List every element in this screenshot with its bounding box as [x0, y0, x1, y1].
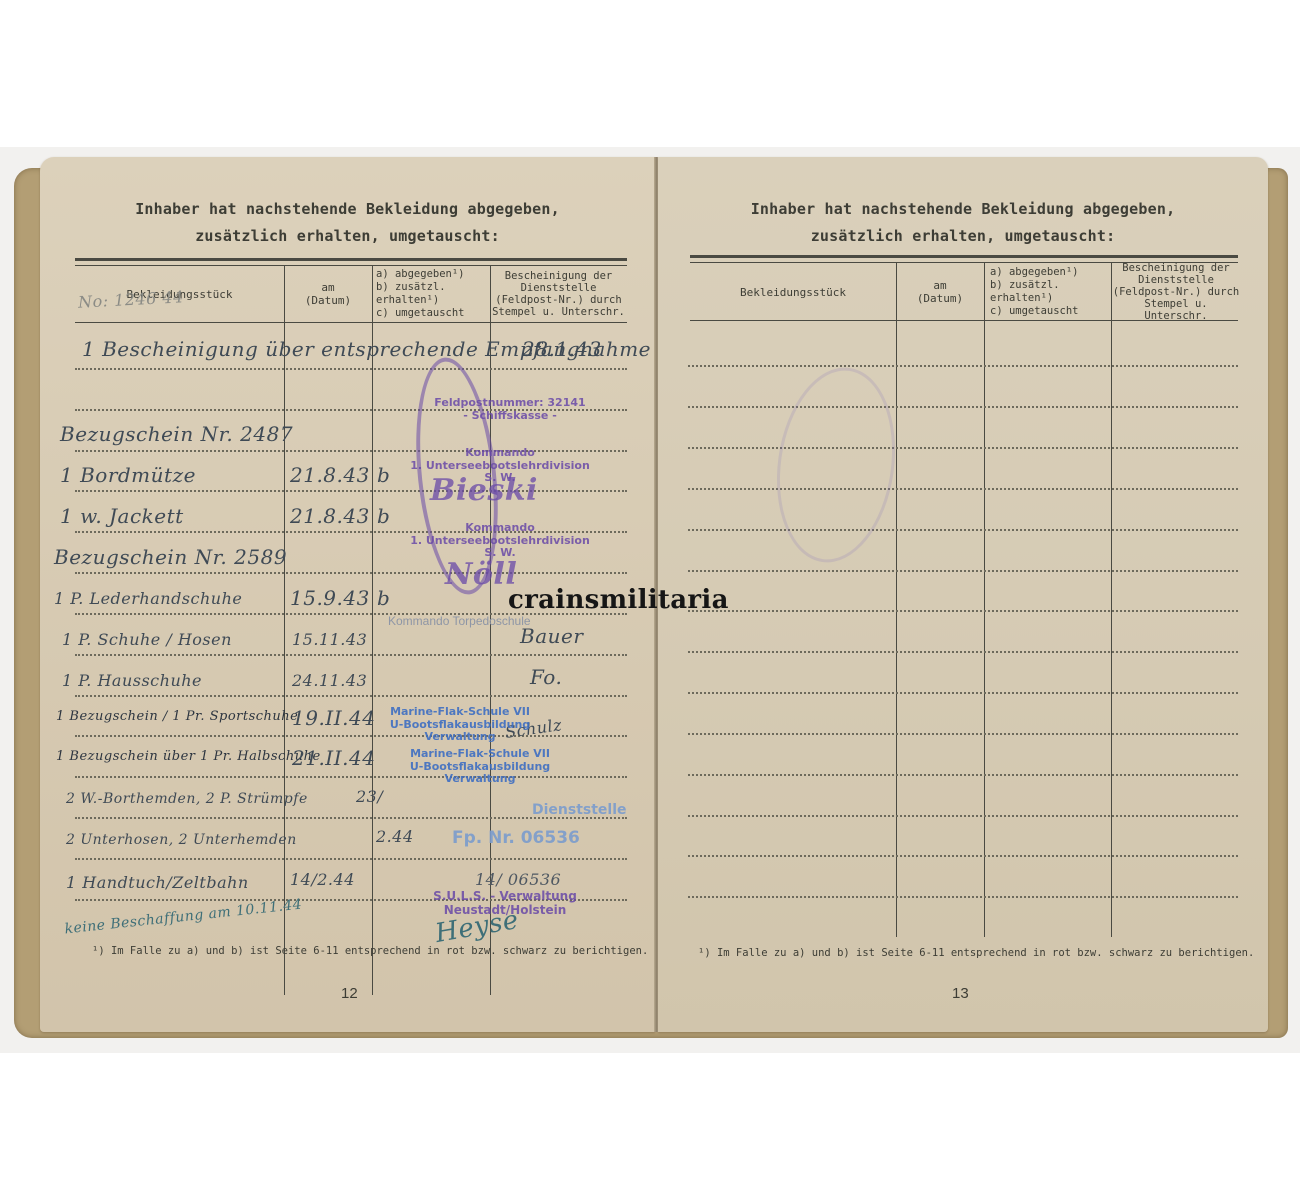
stamp-marine-flak-schule: Marine-Flak-Schule VII U-Bootsflakausbil…: [360, 706, 560, 744]
row-item: 1 P. Schuhe / Hosen: [62, 630, 232, 649]
page-13: Inhaber hat nachstehende Bekleidung abge…: [658, 157, 1268, 1032]
purple-signature: Nöll: [445, 557, 517, 592]
stamp-marine-flak-schule: Marine-Flak-Schule VII U-Bootsflakausbil…: [380, 748, 580, 786]
row-item: 1 w. Jackett: [60, 504, 184, 528]
row-date: 15.9.43: [290, 586, 370, 610]
column-header-action: a) abgegeben¹) b) zusätzl. erhalten¹) c)…: [376, 267, 490, 321]
column-divider: [284, 265, 285, 995]
column-header-date: am (Datum): [896, 265, 984, 319]
row-line: [688, 896, 1238, 898]
row-certification-note: 14/ 06536: [475, 870, 561, 889]
row-item: 2 W.-Borthemden, 2 P. Strümpfe: [66, 791, 308, 807]
row-code: b: [377, 586, 390, 610]
footnote: ¹) Im Falle zu a) und b) ist Seite 6-11 …: [698, 947, 1254, 959]
row-line: [75, 858, 627, 860]
page-number: 13: [952, 985, 969, 1002]
page-title-line1: Inhaber hat nachstehende Bekleidung abge…: [40, 200, 655, 218]
column-header-certification: Bescheinigung der Dienststelle (Feldpost…: [1111, 263, 1241, 321]
row-date: 14/2.44: [290, 870, 355, 889]
row-line: [688, 692, 1238, 694]
row-line: [75, 654, 627, 656]
row-date: 2.44: [376, 827, 414, 846]
row-line: [75, 572, 627, 574]
row-line: [75, 695, 627, 697]
row-signature: Fo.: [530, 665, 562, 689]
row-date: 23/: [356, 787, 383, 806]
row-line: [688, 365, 1238, 367]
row-line: [688, 610, 1238, 612]
row-date: 28.1.43: [522, 337, 602, 361]
row-line: [688, 529, 1238, 531]
row-line: [75, 368, 627, 370]
page-number: 12: [341, 985, 358, 1002]
row-line: [688, 447, 1238, 449]
page-title-line2: zusätzlich erhalten, umgetauscht:: [40, 227, 655, 245]
row-line: [688, 733, 1238, 735]
stamp-kommando-torpedoschule: Kommando Torpedoschule: [388, 615, 531, 629]
stamp-feldpost-number: Fp. Nr. 06536: [452, 829, 580, 849]
row-item: Bezugschein Nr. 2487: [60, 422, 293, 446]
row-line: [688, 855, 1238, 857]
page-title-line1: Inhaber hat nachstehende Bekleidung abge…: [658, 200, 1268, 218]
row-item-note: keine Beschaffung am 10.11.44: [64, 897, 303, 938]
stamp-feldpost-schiffskasse: Feldpostnummer: 32141 - Schiffskasse -: [410, 397, 610, 422]
row-line: [688, 651, 1238, 653]
footnote: ¹) Im Falle zu a) und b) ist Seite 6-11 …: [92, 945, 648, 957]
row-item: 1 P. Hausschuhe: [62, 671, 202, 690]
page-title-line2: zusätzlich erhalten, umgetauscht:: [658, 227, 1268, 245]
row-date: 21.8.43: [290, 504, 370, 528]
faded-stamp-offset: [765, 360, 907, 570]
row-item: 1 Handtuch/Zeltbahn: [66, 873, 249, 892]
row-item: 1 P. Lederhandschuhe: [54, 589, 242, 608]
row-date: 15.11.43: [292, 630, 367, 649]
stamp-u-boot-lehrdivision: Kommando 1. Unterseebootslehrdivision S.…: [370, 522, 630, 560]
column-header-item: Bekleidungsstück: [690, 265, 896, 319]
row-item: Bezugschein Nr. 2589: [54, 545, 287, 569]
column-divider: [372, 265, 373, 995]
row-date: 21.II.44: [292, 746, 375, 770]
row-date: 24.11.43: [292, 671, 367, 690]
watermark: crainsmilitaria: [508, 585, 729, 615]
row-item: 1 Bezugschein / 1 Pr. Sportschuhe: [56, 709, 298, 724]
column-header-action: a) abgegeben¹) b) zusätzl. erhalten¹) c)…: [990, 265, 1111, 319]
purple-signature: Bieski: [430, 473, 538, 508]
row-line: [75, 490, 627, 492]
row-item: 1 Bezugschein über 1 Pr. Halbschuhe: [56, 749, 321, 764]
column-header-date: am (Datum): [284, 267, 372, 321]
row-line: [688, 488, 1238, 490]
row-date: 21.8.43: [290, 463, 370, 487]
row-item: 1 Bordmütze: [60, 463, 196, 487]
stamp-dienststelle: Dienststelle: [532, 802, 627, 818]
row-item: 2 Unterhosen, 2 Unterhemden: [66, 832, 297, 848]
row-line: [688, 406, 1238, 408]
column-header-certification: Bescheinigung der Dienststelle (Feldpost…: [490, 265, 627, 323]
row-line: [688, 815, 1238, 817]
row-line: [688, 774, 1238, 776]
row-line: [688, 570, 1238, 572]
